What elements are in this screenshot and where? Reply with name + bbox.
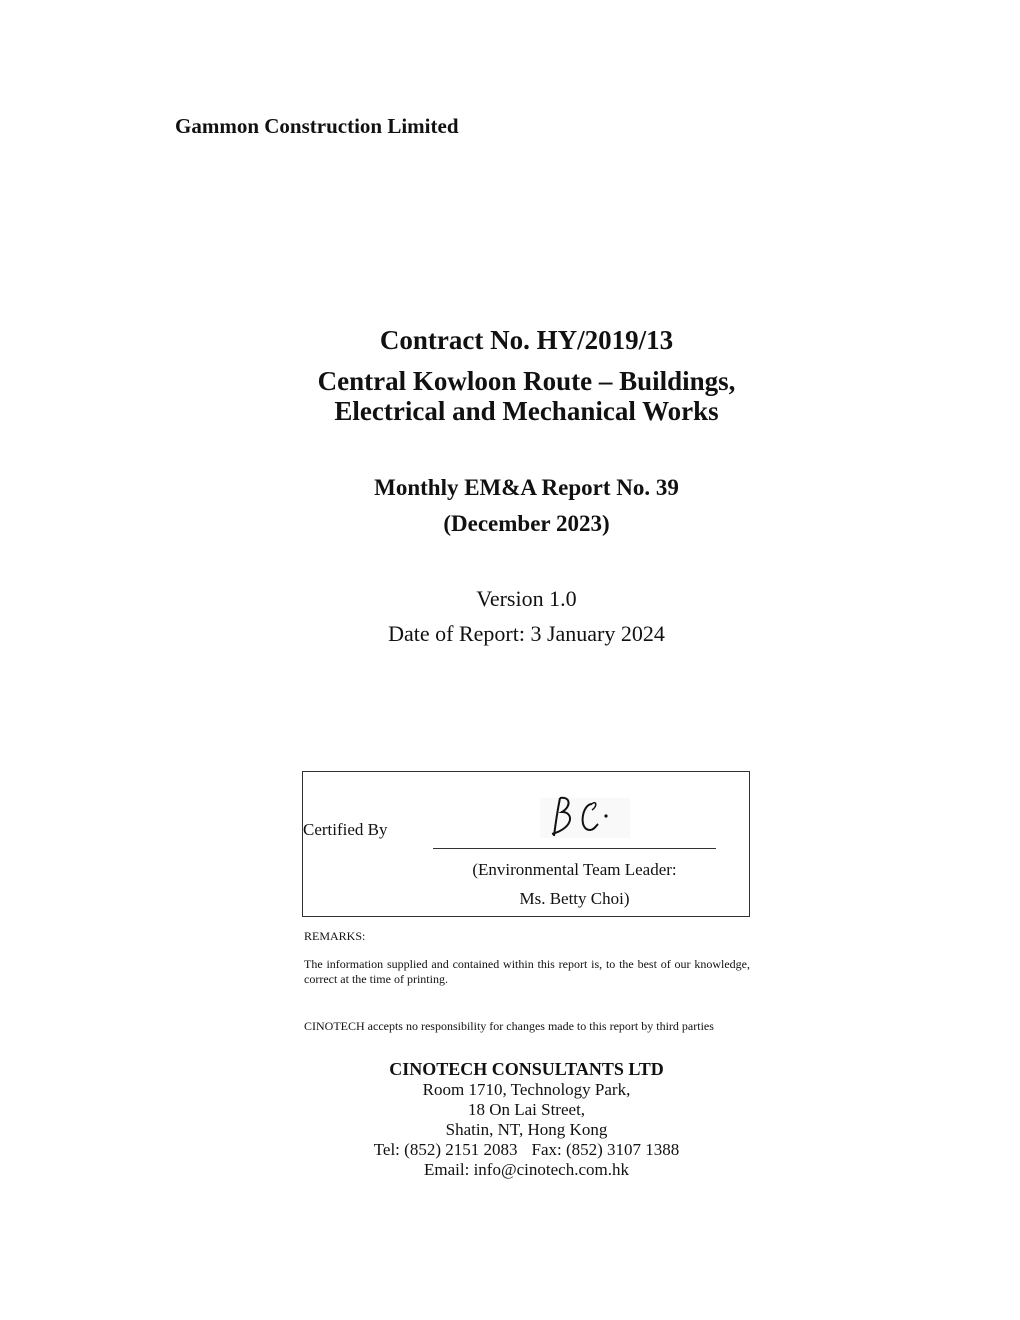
consultant-phone-fax: Tel: (852) 2151 2083Fax: (852) 3107 1388 [0, 1140, 1020, 1160]
report-title: Monthly EM&A Report No. 39 [0, 475, 1020, 501]
signatory-role: (Environmental Team Leader: [433, 860, 716, 880]
signature-line [433, 848, 716, 849]
remarks-text: The information supplied and contained w… [304, 957, 750, 987]
project-title-line-1: Central Kowloon Route – Buildings, [0, 366, 1020, 397]
consultant-address-line-2: 18 On Lai Street, [0, 1100, 1020, 1120]
consultant-address-line-1: Room 1710, Technology Park, [0, 1080, 1020, 1100]
project-title-line-2: Electrical and Mechanical Works [0, 396, 1020, 427]
contract-number: Contract No. HY/2019/13 [0, 325, 1020, 356]
signatory-name: Ms. Betty Choi) [433, 889, 716, 909]
certified-by-label: Certified By [303, 820, 388, 840]
consultant-email: Email: info@cinotech.com.hk [0, 1160, 1020, 1180]
remarks-heading: REMARKS: [304, 929, 365, 944]
consultant-fax: Fax: (852) 3107 1388 [531, 1140, 679, 1159]
consultant-address-line-3: Shatin, NT, Hong Kong [0, 1120, 1020, 1140]
report-version: Version 1.0 [0, 586, 1020, 612]
consultant-name: CINOTECH CONSULTANTS LTD [0, 1059, 1020, 1080]
disclaimer-text: CINOTECH accepts no responsibility for c… [304, 1019, 714, 1034]
signature-image [540, 790, 630, 840]
client-company-name: Gammon Construction Limited [175, 114, 459, 139]
consultant-tel: Tel: (852) 2151 2083 [374, 1140, 518, 1159]
report-period: (December 2023) [0, 511, 1020, 537]
report-date: Date of Report: 3 January 2024 [0, 621, 1020, 647]
